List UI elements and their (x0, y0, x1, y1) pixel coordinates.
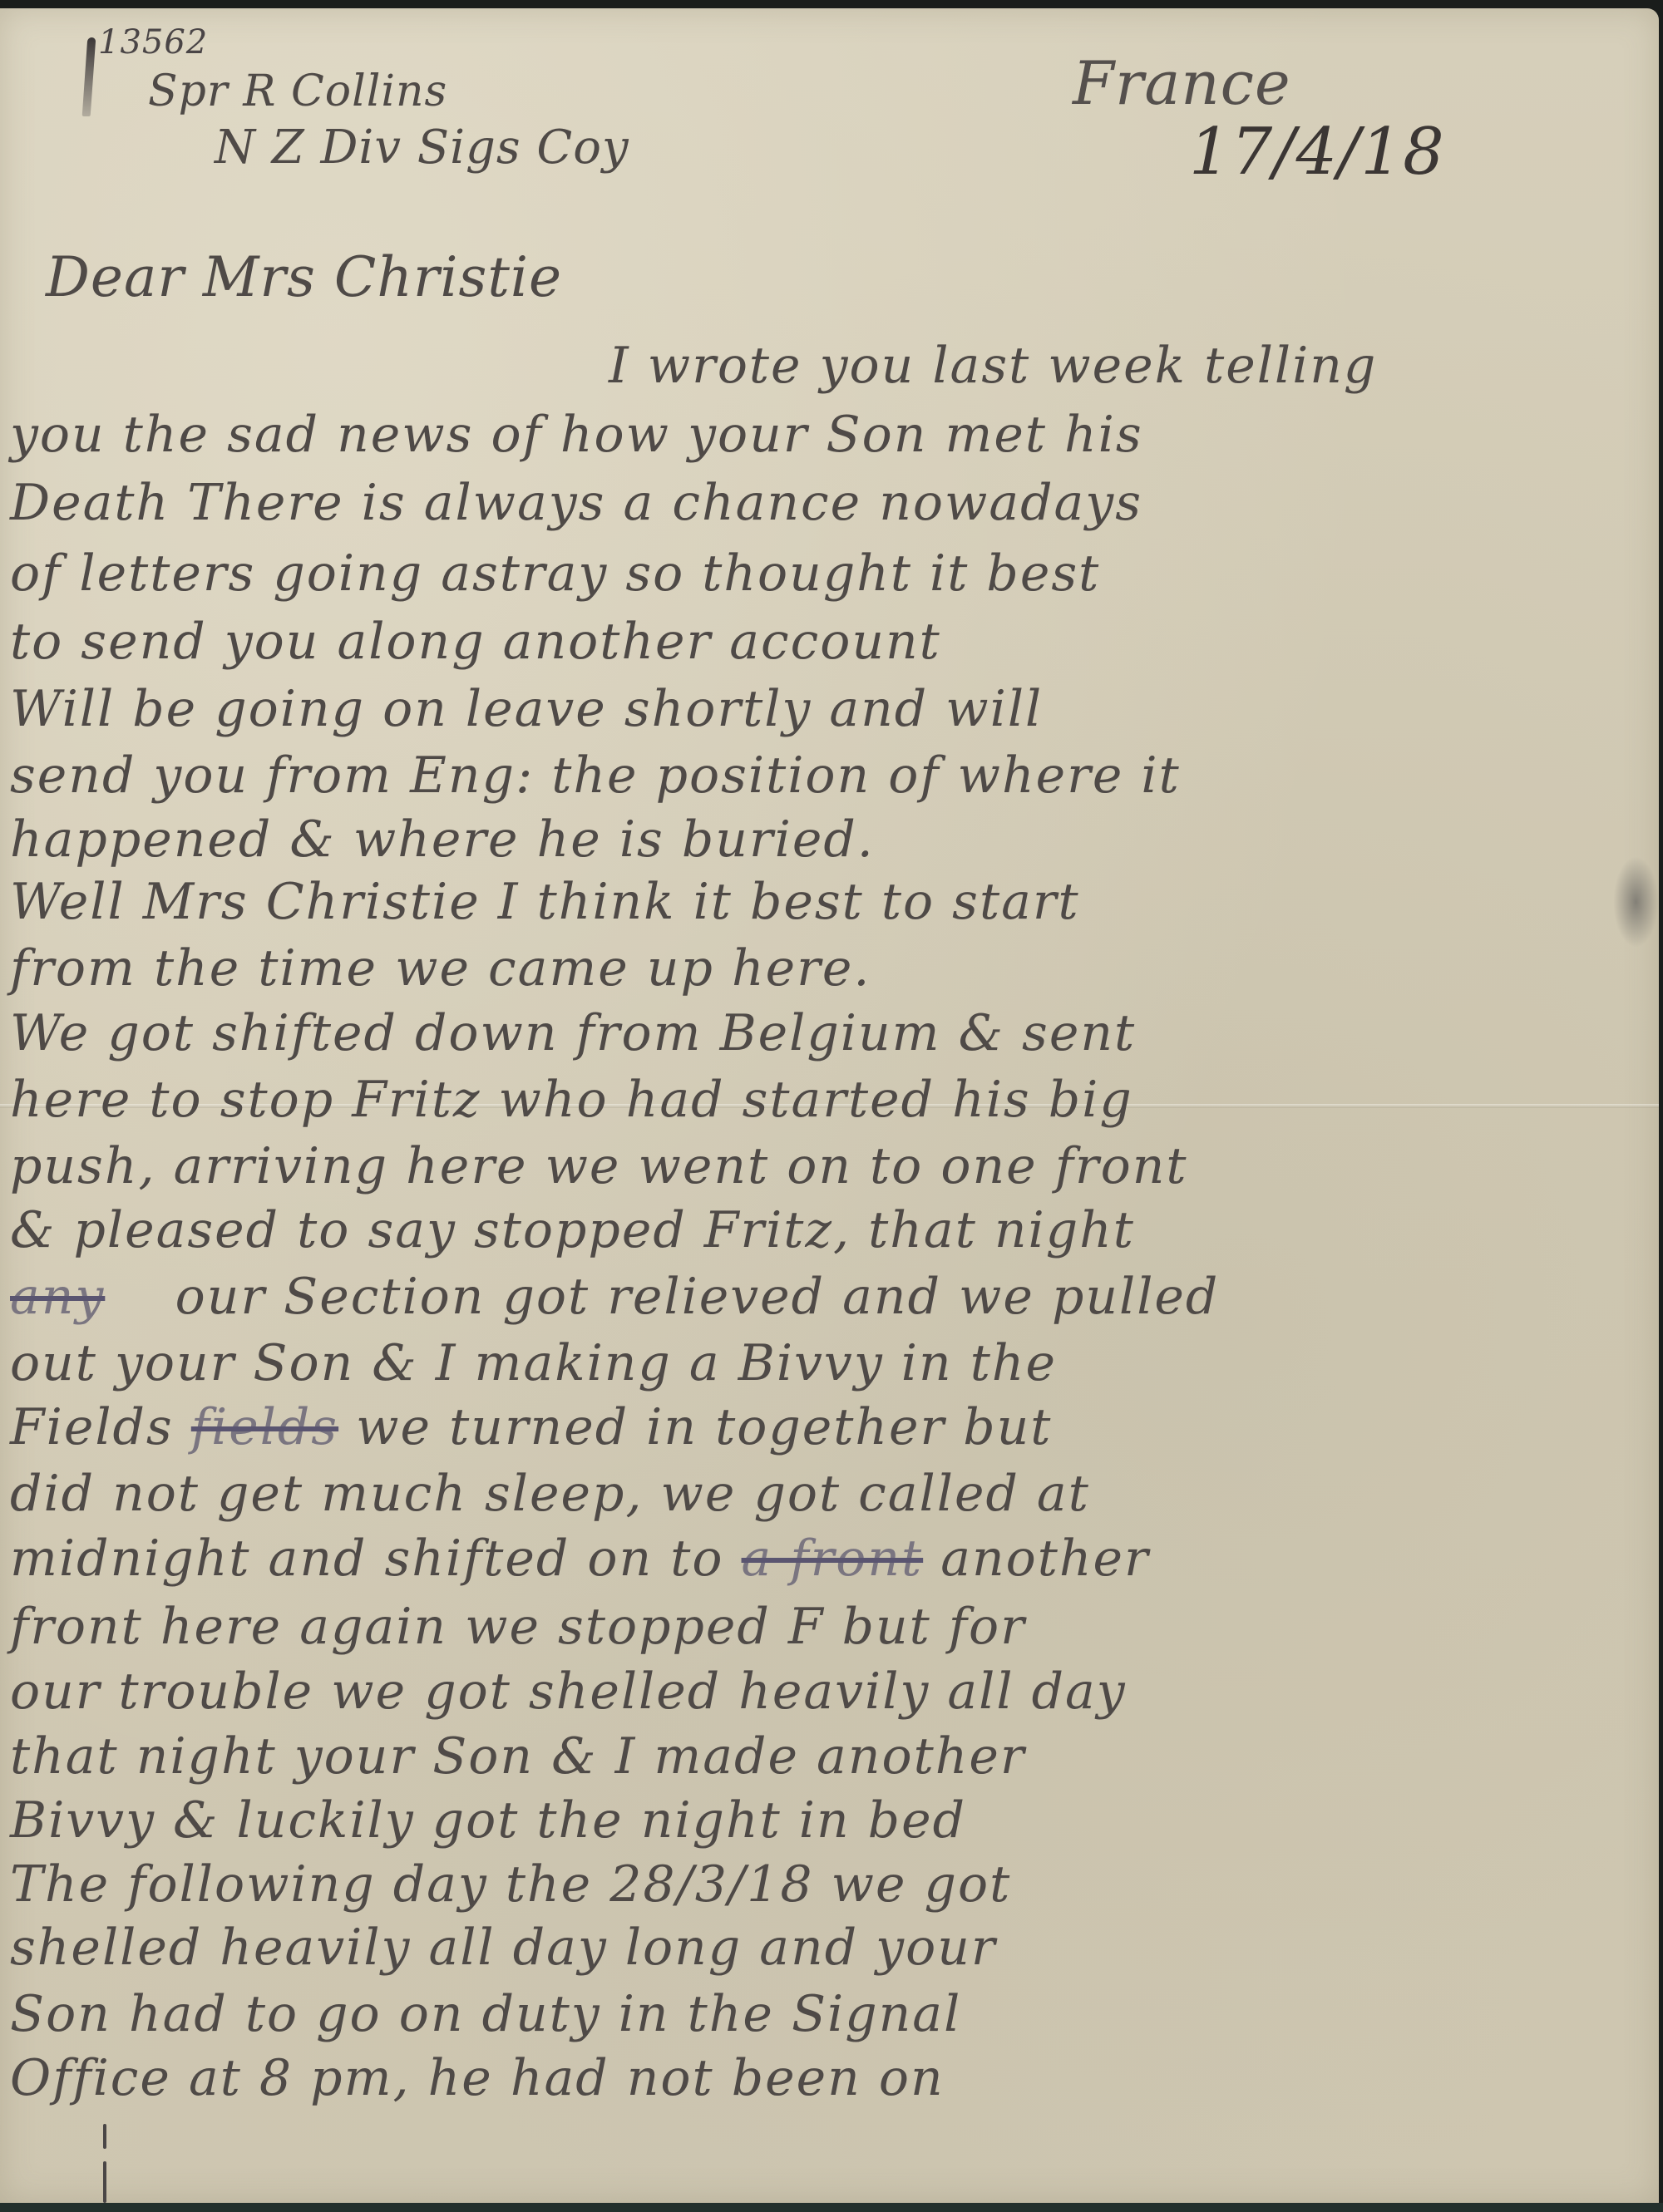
body-line-12: here to stop Fritz who had started his b… (10, 1071, 1133, 1129)
line-text-after: another (940, 1530, 1149, 1588)
margin-mark (103, 2124, 106, 2149)
struck-word: any (10, 1268, 105, 1326)
body-line-18: did not get much sleep, we got called at (10, 1465, 1090, 1523)
margin-mark (103, 2161, 106, 2203)
struck-word: a front (742, 1530, 924, 1588)
ink-smudge (1613, 856, 1659, 948)
body-line-14: & pleased to say stopped Fritz, that nig… (10, 1201, 1135, 1259)
body-line-15: any our Section got relieved and we pull… (10, 1268, 1219, 1326)
salutation: Dear Mrs Christie (46, 245, 562, 309)
body-line-23: Bivvy & luckily got the night in bed (10, 1791, 966, 1850)
body-line-4: of letters going astray so thought it be… (10, 544, 1100, 603)
body-line-9: Well Mrs Christie I think it best to sta… (10, 873, 1080, 931)
letter-date: 17/4/18 (1189, 115, 1445, 190)
body-line-19: midnight and shifted on to a front anoth… (10, 1530, 1150, 1588)
body-line-11: We got shifted down from Belgium & sent (10, 1004, 1136, 1062)
body-line-22: that night your Son & I made another (10, 1727, 1026, 1786)
struck-word: fields (191, 1398, 338, 1456)
body-line-1: I wrote you last week telling (609, 337, 1377, 395)
line-text: midnight and shifted on to (10, 1530, 723, 1588)
body-line-16: out your Son & I making a Bivvy in the (10, 1334, 1057, 1392)
line-text: our Section got relieved and we pulled (175, 1268, 1220, 1326)
sender-unit: N Z Div Sigs Coy (215, 121, 629, 175)
body-line-3: Death There is always a chance nowadays (10, 474, 1142, 532)
line-text-after: we turned in together but (356, 1398, 1052, 1456)
body-line-13: push, arriving here we went on to one fr… (10, 1137, 1187, 1195)
body-line-26: Son had to go on duty in the Signal (10, 1985, 961, 2043)
archive-pencil-mark (82, 37, 96, 116)
body-line-8: happened & where he is buried. (10, 810, 875, 869)
archive-number: 13562 (98, 23, 208, 62)
letter-page: 13562 Spr R Collins N Z Div Sigs Coy Fra… (0, 8, 1659, 2203)
line-text: Fields (10, 1398, 174, 1456)
body-line-2: you the sad news of how your Son met his (10, 406, 1143, 464)
body-line-10: from the time we came up here. (10, 939, 871, 998)
letter-place: France (1073, 48, 1291, 118)
body-line-20: front here again we stopped F but for (10, 1598, 1026, 1656)
body-line-21: our trouble we got shelled heavily all d… (10, 1663, 1127, 1721)
sender-name: Spr R Collins (148, 67, 447, 116)
body-line-5: to send you along another account (10, 613, 941, 671)
body-line-25: shelled heavily all day long and your (10, 1919, 997, 1977)
body-line-27: Office at 8 pm, he had not been on (10, 2049, 945, 2107)
body-line-7: send you from Eng: the position of where… (10, 746, 1181, 805)
body-line-17: Fields fields we turned in together but (10, 1398, 1052, 1456)
body-line-6: Will be going on leave shortly and will (10, 680, 1043, 738)
scan-border (0, 2203, 1663, 2212)
body-line-24: The following day the 28/3/18 we got (10, 1855, 1011, 1914)
